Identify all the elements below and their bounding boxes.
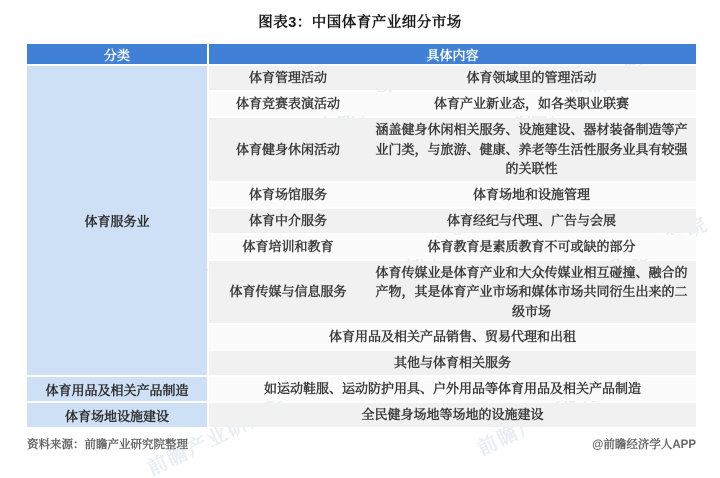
subcategory-cell: 体育健身休闲活动 bbox=[209, 138, 367, 162]
content-cell: 如运动鞋服、运动防护用具、户外用品等体育用品及相关产品制造 bbox=[209, 377, 696, 401]
category-cell: 体育场地设施建设 bbox=[27, 403, 207, 427]
footer: 资料来源：前瞻产业研究院整理 @前瞻经济学人APP bbox=[27, 436, 696, 452]
content-cell: 其他与体育相关服务 bbox=[209, 351, 696, 375]
credit-note: @前瞻经济学人APP bbox=[592, 436, 696, 452]
description-cell: 体育领域里的管理活动 bbox=[367, 66, 696, 90]
table-row: 体育用品及相关产品销售、贸易代理和出租 bbox=[209, 325, 696, 349]
group-rows: 如运动鞋服、运动防护用具、户外用品等体育用品及相关产品制造 bbox=[209, 377, 696, 401]
subcategory-cell: 体育竞赛表演活动 bbox=[209, 92, 367, 116]
table-row: 体育培训和教育体育教育是素质教育不可或缺的部分 bbox=[209, 235, 696, 259]
segmentation-table: 分类 具体内容 体育服务业体育管理活动体育领域里的管理活动体育竞赛表演活动体育产… bbox=[27, 44, 696, 427]
content-cell: 体育用品及相关产品销售、贸易代理和出租 bbox=[209, 325, 696, 349]
table-group: 体育服务业体育管理活动体育领域里的管理活动体育竞赛表演活动体育产业新业态，如各类… bbox=[27, 66, 696, 375]
subcategory-cell: 体育中介服务 bbox=[209, 209, 367, 233]
table-header-row: 分类 具体内容 bbox=[27, 44, 696, 64]
description-cell: 体育经纪与代理、广告与会展 bbox=[367, 209, 696, 233]
page: 前瞻产业研究院 前瞻产业研究院 前瞻产业研究院 前瞻产业研究院 前瞻产业研究院 … bbox=[0, 0, 720, 478]
group-rows: 全民健身场地等场地的设施建设 bbox=[209, 403, 696, 427]
page-title: 图表3：中国体育产业细分市场 bbox=[0, 0, 720, 32]
description-cell: 涵盖健身休闲相关服务、设施建设、器材装备制造等产业门类，与旅游、健康、养老等生活… bbox=[367, 118, 696, 181]
group-rows: 体育管理活动体育领域里的管理活动体育竞赛表演活动体育产业新业态，如各类职业联赛体… bbox=[209, 66, 696, 375]
category-cell: 体育用品及相关产品制造 bbox=[27, 377, 207, 401]
description-cell: 体育教育是素质教育不可或缺的部分 bbox=[367, 235, 696, 259]
description-cell: 体育场地和设施管理 bbox=[367, 183, 696, 207]
subcategory-cell: 体育场馆服务 bbox=[209, 183, 367, 207]
table-group: 体育场地设施建设全民健身场地等场地的设施建设 bbox=[27, 403, 696, 427]
table-row: 体育竞赛表演活动体育产业新业态，如各类职业联赛 bbox=[209, 92, 696, 116]
subcategory-cell: 体育培训和教育 bbox=[209, 235, 367, 259]
table-row: 全民健身场地等场地的设施建设 bbox=[209, 403, 696, 427]
table-row: 体育场馆服务体育场地和设施管理 bbox=[209, 183, 696, 207]
category-cell: 体育服务业 bbox=[27, 66, 207, 375]
description-cell: 体育产业新业态，如各类职业联赛 bbox=[367, 92, 696, 116]
table-body: 体育服务业体育管理活动体育领域里的管理活动体育竞赛表演活动体育产业新业态，如各类… bbox=[27, 66, 696, 427]
header-content: 具体内容 bbox=[209, 44, 696, 64]
table-row: 体育传媒与信息服务体育传媒业是体育产业和大众传媒业相互碰撞、融合的产物，其是体育… bbox=[209, 261, 696, 324]
content-cell: 全民健身场地等场地的设施建设 bbox=[209, 403, 696, 427]
table-row: 如运动鞋服、运动防护用具、户外用品等体育用品及相关产品制造 bbox=[209, 377, 696, 401]
table-row: 其他与体育相关服务 bbox=[209, 351, 696, 375]
header-category: 分类 bbox=[27, 44, 207, 64]
table-row: 体育管理活动体育领域里的管理活动 bbox=[209, 66, 696, 90]
table-group: 体育用品及相关产品制造如运动鞋服、运动防护用具、户外用品等体育用品及相关产品制造 bbox=[27, 377, 696, 401]
source-note: 资料来源：前瞻产业研究院整理 bbox=[27, 436, 188, 452]
description-cell: 体育传媒业是体育产业和大众传媒业相互碰撞、融合的产物，其是体育产业市场和媒体市场… bbox=[367, 261, 696, 324]
subcategory-cell: 体育传媒与信息服务 bbox=[209, 280, 367, 304]
table-row: 体育中介服务体育经纪与代理、广告与会展 bbox=[209, 209, 696, 233]
table-row: 体育健身休闲活动涵盖健身休闲相关服务、设施建设、器材装备制造等产业门类，与旅游、… bbox=[209, 118, 696, 181]
subcategory-cell: 体育管理活动 bbox=[209, 66, 367, 90]
